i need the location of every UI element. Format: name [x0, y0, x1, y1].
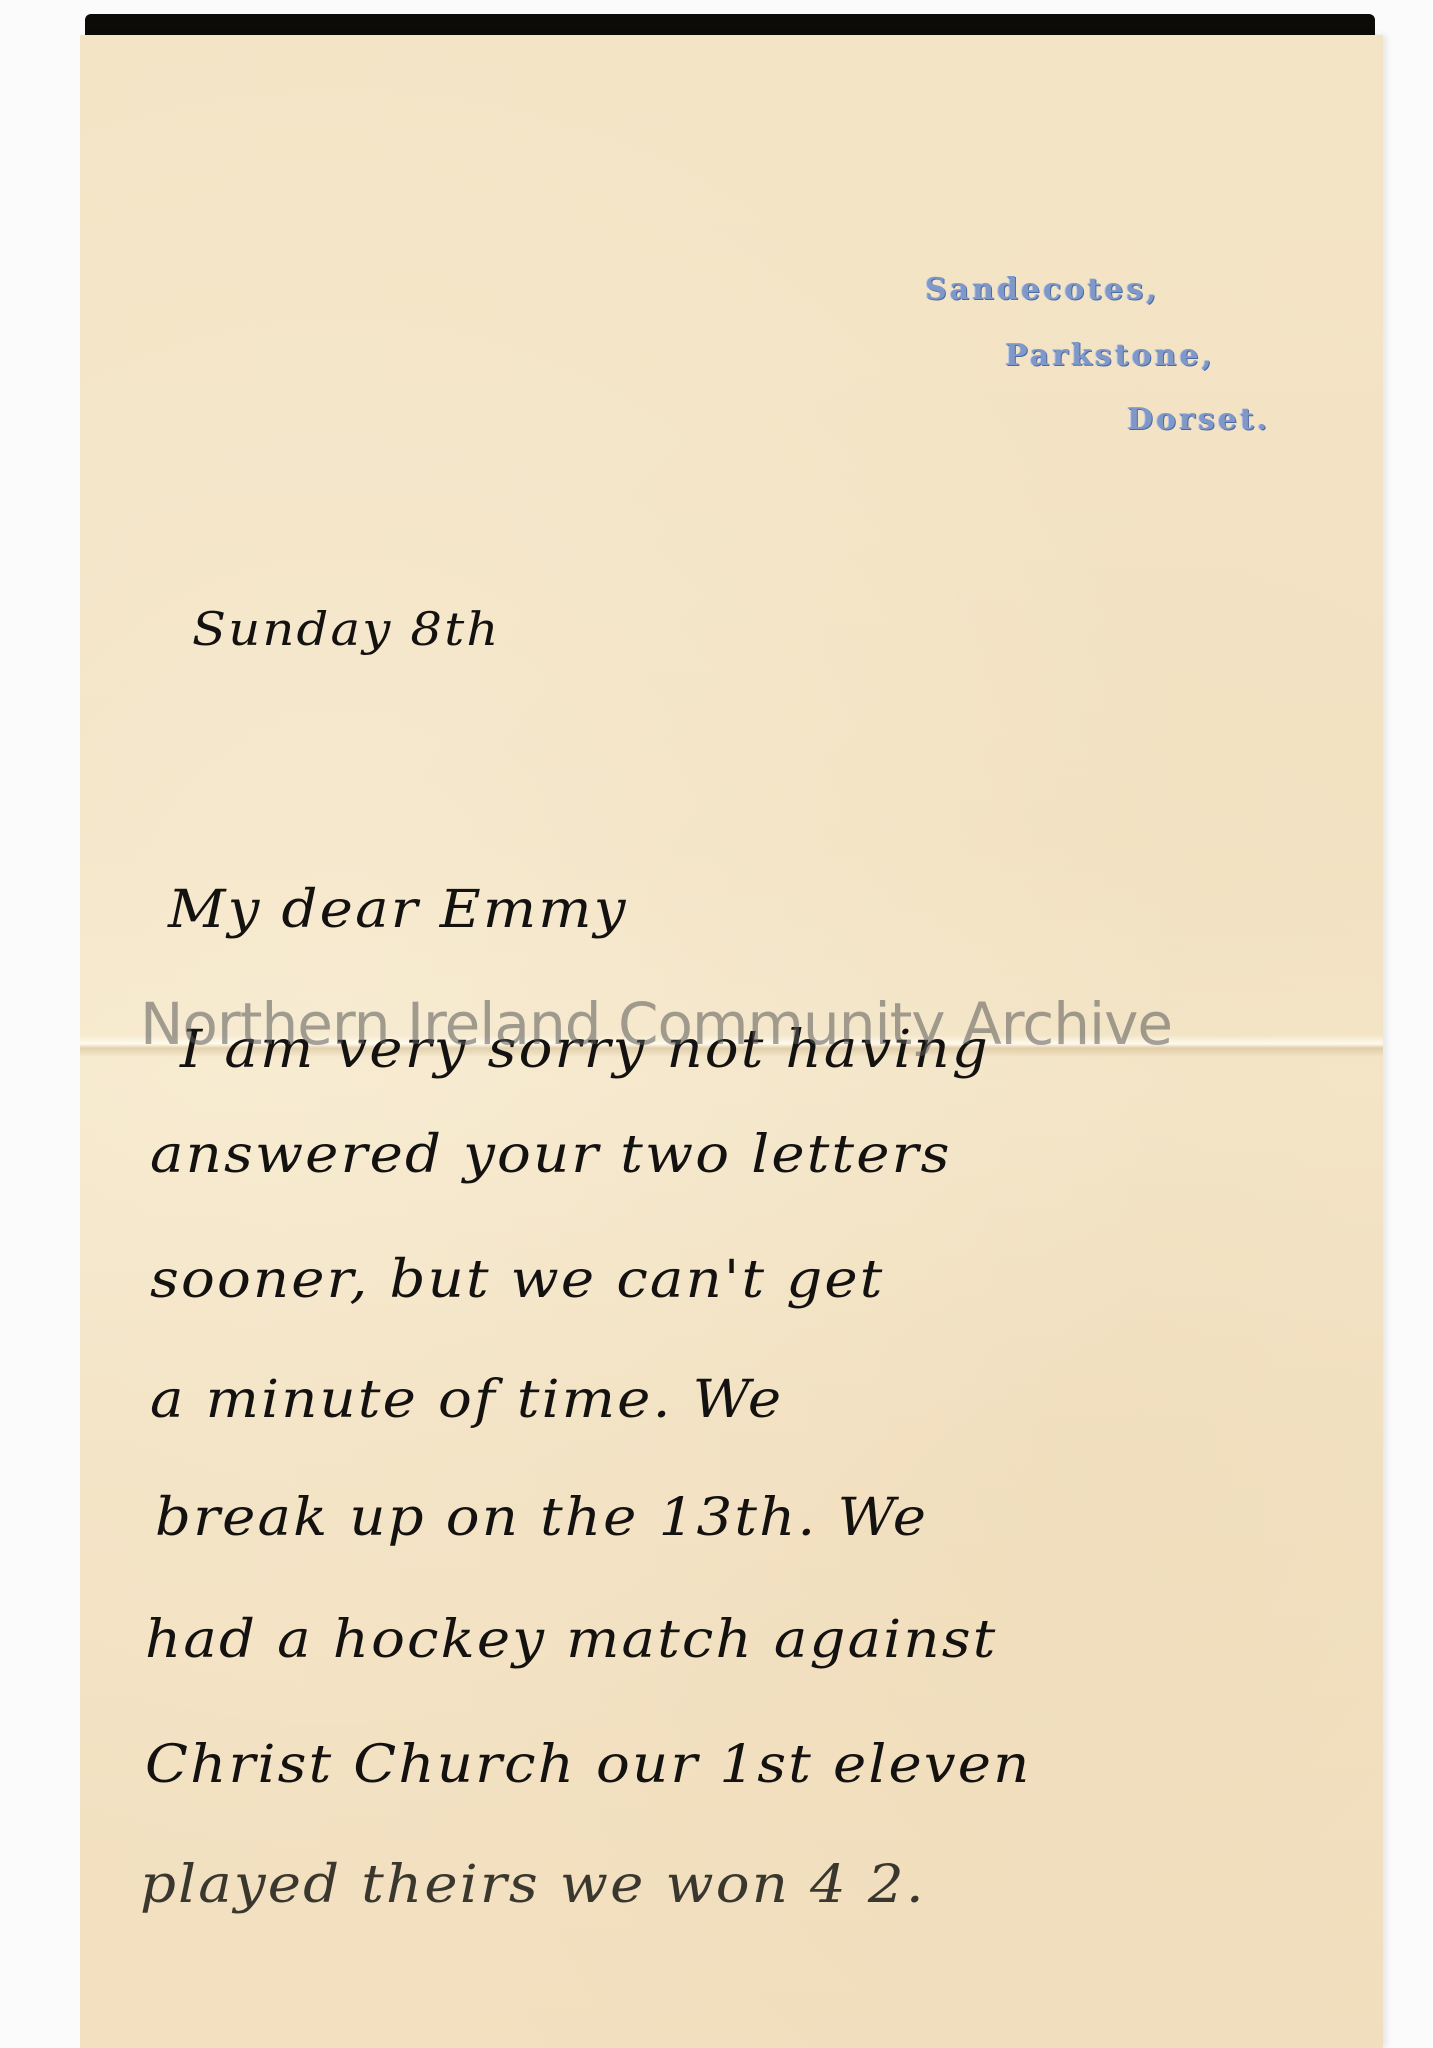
letter-line: played theirs we won 4 2. [140, 1855, 926, 1915]
letterhead-house-name: Sandecotes, [925, 272, 1160, 307]
letter-line: sooner, but we can't get [150, 1250, 884, 1310]
letterhead-county: Dorset. [1127, 402, 1270, 437]
letter-line: had a hockey match against [145, 1610, 997, 1670]
archive-watermark: Northern Ireland Community Archive [140, 990, 1172, 1058]
letter-date: Sunday 8th [192, 602, 500, 656]
letter-line: a minute of time. We [150, 1370, 783, 1430]
letter-line: answered your two letters [150, 1125, 952, 1185]
letter-line: break up on the 13th. We [155, 1488, 928, 1548]
letter-line: Christ Church our 1st eleven [145, 1735, 1032, 1795]
letterhead-town: Parkstone, [1005, 338, 1215, 373]
letter-salutation: My dear Emmy [168, 880, 628, 940]
